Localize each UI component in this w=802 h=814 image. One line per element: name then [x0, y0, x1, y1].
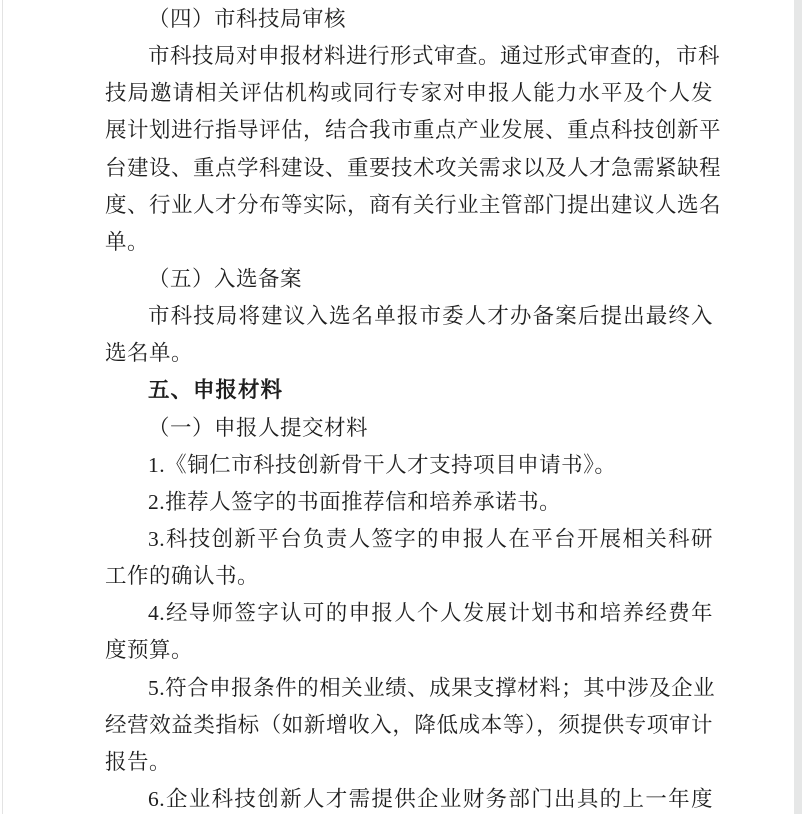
list-item-line: 5.符合申报条件的相关业绩、成果支撑材料；其中涉及企业 — [105, 670, 713, 707]
list-item-line: 6.企业科技创新人才需提供企业财务部门出具的上一年度 — [105, 781, 713, 814]
paragraph-line: 展计划进行指导评估，结合我市重点产业发展、重点科技创新平 — [105, 112, 713, 149]
heading-subsection-1: （一）申报人提交材料 — [105, 410, 713, 447]
paragraph-line: 选名单。 — [105, 335, 713, 372]
paragraph-line: 经营效益类指标（如新增收入，降低成本等），须提供专项审计 — [105, 707, 713, 744]
paragraph-line: 度、行业人才分布等实际，商有关行业主管部门提出建议人选名 — [105, 187, 713, 224]
list-item-line: 4.经导师签字认可的申报人个人发展计划书和培养经费年 — [105, 595, 713, 632]
heading-section-5: （五）入选备案 — [105, 261, 713, 298]
paragraph-line: 技局邀请相关评估机构或同行专家对申报人能力水平及个人发 — [105, 75, 713, 112]
page-right-edge-strip — [794, 0, 802, 814]
document-page: （四）市科技局审核 市科技局对申报材料进行形式审查。通过形式审查的，市科 技局邀… — [0, 0, 802, 814]
paragraph-line: 市科技局对申报材料进行形式审查。通过形式审查的，市科 — [105, 38, 713, 75]
list-item-line: 2.推荐人签字的书面推荐信和培养承诺书。 — [105, 484, 713, 521]
paragraph-line: 度预算。 — [105, 632, 713, 669]
heading-chapter-5: 五、申报材料 — [105, 372, 713, 409]
heading-section-4: （四）市科技局审核 — [105, 1, 713, 38]
list-item-line: 3.科技创新平台负责人签字的申报人在平台开展相关科研 — [105, 521, 713, 558]
list-item-line: 1.《铜仁市科技创新骨干人才支持项目申请书》。 — [105, 447, 713, 484]
paragraph-line: 工作的确认书。 — [105, 558, 713, 595]
paragraph-line: 台建设、重点学科建设、重要技术攻关需求以及人才急需紧缺程 — [105, 150, 713, 187]
paragraph-line: 市科技局将建议入选名单报市委人才办备案后提出最终入 — [105, 298, 713, 335]
paragraph-line: 单。 — [105, 224, 713, 261]
page-left-edge — [2, 0, 3, 814]
paragraph-line: 报告。 — [105, 744, 713, 781]
document-text-block: （四）市科技局审核 市科技局对申报材料进行形式审查。通过形式审查的，市科 技局邀… — [105, 1, 713, 814]
